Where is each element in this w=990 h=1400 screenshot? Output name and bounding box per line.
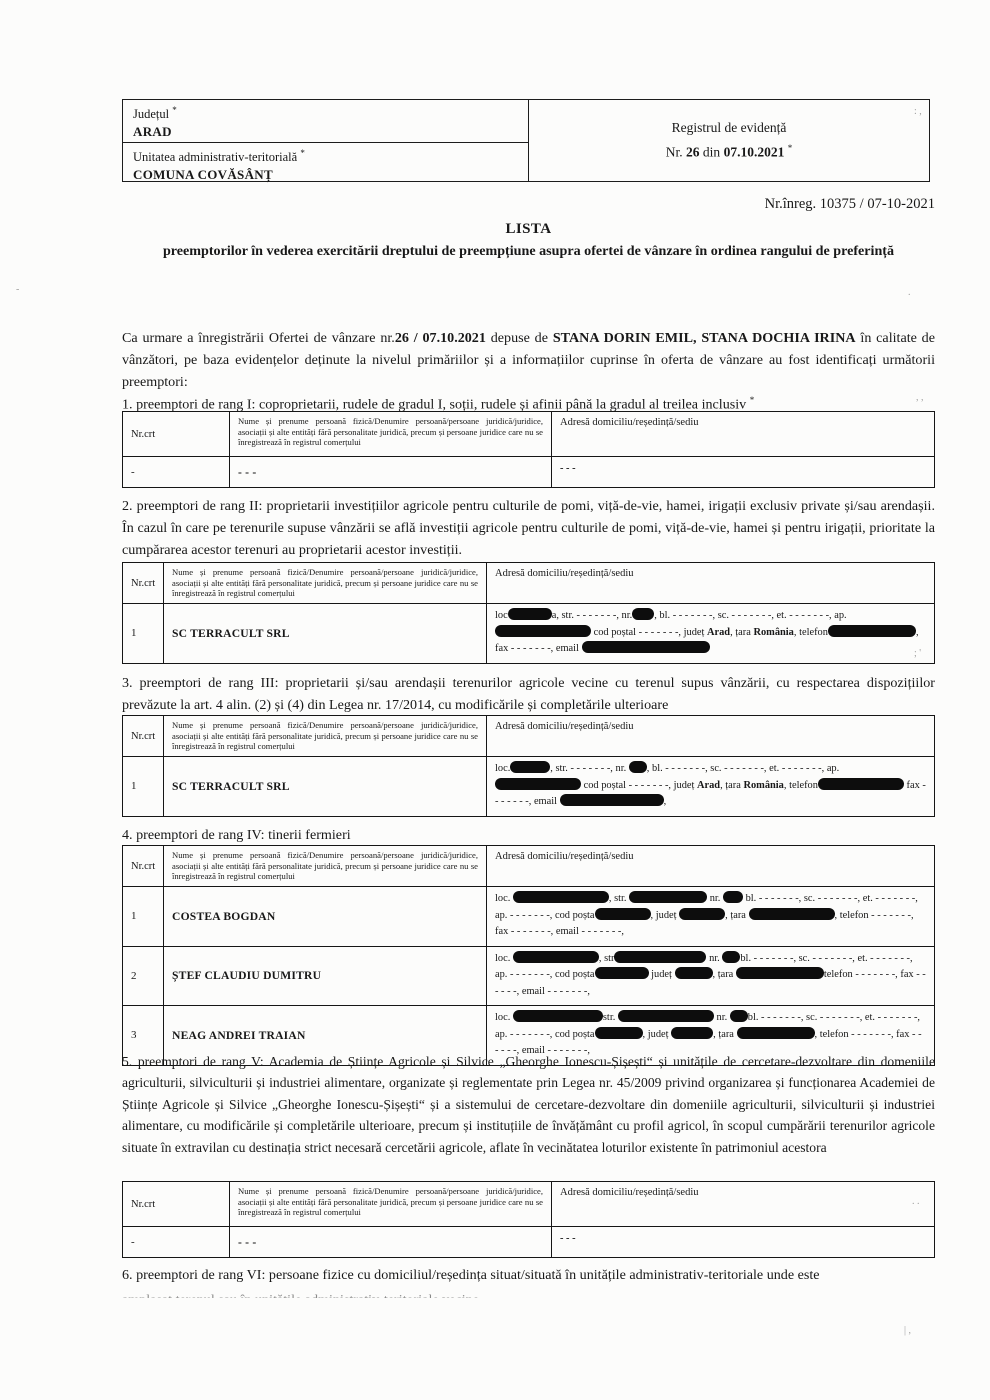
- table-row: 1SC TERRACULT SRLloca, str. - - - - - - …: [123, 603, 934, 663]
- rank-3-table: Nr.crtNume și prenume persoană fizică/De…: [122, 715, 935, 817]
- name-cell: COSTEA BOGDAN: [163, 887, 486, 946]
- header-col-name: Nume și prenume persoană fizică/Denumire…: [163, 716, 486, 756]
- header-col-address: Adresă domiciliu/reședință/sediu: [486, 846, 934, 886]
- table-header-row: Nr.crtNume și prenume persoană fizică/De…: [123, 563, 934, 603]
- header-col-name: Nume și prenume persoană fizică/Denumire…: [163, 846, 486, 886]
- redaction-mark: [749, 908, 835, 920]
- uat-cell: Unitatea administrativ-teritorială * COM…: [123, 143, 528, 185]
- judet-cell: Județul * ARAD: [123, 100, 528, 143]
- name-cell: - - -: [229, 457, 551, 487]
- table-row: 2ȘTEF CLAUDIU DUMITRUloc. , str nr. bl. …: [123, 946, 934, 1006]
- name-cell: ȘTEF CLAUDIU DUMITRU: [163, 947, 486, 1006]
- header-col-name: Nume și prenume persoană fizică/Denumire…: [163, 563, 486, 603]
- redaction-mark: [582, 641, 710, 653]
- registry-cell: Registrul de evidență Nr. 26 din 07.10.2…: [529, 100, 929, 181]
- redaction-mark: [510, 761, 550, 773]
- redaction-mark: [508, 608, 552, 620]
- uat-label-text: Unitatea administrativ-teritorială: [133, 150, 297, 164]
- redaction-mark: [495, 625, 591, 637]
- address-cell: loc., str. - - - - - - -, nr. , bl. - - …: [486, 757, 934, 816]
- header-col-nrcrt: Nr.crt: [123, 716, 163, 756]
- header-col-nrcrt: Nr.crt: [123, 1182, 229, 1226]
- registry-label: Registrul de evidență: [672, 118, 787, 138]
- header-col-nrcrt: Nr.crt: [123, 412, 229, 456]
- scan-artifact: , ,: [916, 392, 924, 403]
- redaction-mark: [595, 967, 649, 979]
- redaction-mark: [818, 778, 904, 790]
- scan-artifact: -: [16, 284, 19, 295]
- section-3-heading: 3. preemptori de rang III: proprietarii …: [122, 672, 935, 716]
- table-header-row: Nr.crtNume și prenume persoană fizică/De…: [123, 412, 934, 456]
- redaction-mark: [495, 778, 581, 790]
- header-left-column: Județul * ARAD Unitatea administrativ-te…: [123, 100, 529, 181]
- doc-subtitle: preemptorilor în vederea exercitării dre…: [122, 243, 935, 260]
- row-number-cell: -: [123, 1227, 229, 1257]
- intro-paragraph: Ca urmare a înregistrării Ofertei de vân…: [122, 327, 935, 393]
- name-cell: - - -: [229, 1227, 551, 1257]
- redaction-mark: [679, 908, 725, 920]
- section-5-heading: 5. preemptori de rang V: Academia de Ști…: [122, 1051, 935, 1158]
- redaction-mark: [629, 891, 707, 903]
- scan-artifact: .: [908, 287, 911, 298]
- judet-label-text: Județul: [133, 107, 169, 121]
- uat-value: COMUNA COVĂSÂNȚ: [133, 166, 518, 183]
- redaction-mark: [618, 1010, 714, 1022]
- header-col-address: Adresă domiciliu/reședință/sediu: [486, 716, 934, 756]
- scan-artifact: : ,: [914, 106, 922, 117]
- address-cell: - - -: [551, 1227, 934, 1257]
- redaction-mark: [737, 1027, 815, 1039]
- address-cell: loc. , str. nr. bl. - - - - - - -, sc. -…: [486, 887, 934, 946]
- redaction-mark: [595, 908, 651, 920]
- header-col-address: Adresă domiciliu/reședință/sediu: [551, 412, 934, 456]
- address-cell: - - -: [551, 457, 934, 487]
- header-col-address: Adresă domiciliu/reședință/sediu: [551, 1182, 934, 1226]
- rank-2-table: Nr.crtNume și prenume persoană fizică/De…: [122, 562, 935, 664]
- redaction-mark: [730, 1010, 748, 1022]
- header-col-name: Nume și prenume persoană fizică/Denumire…: [229, 412, 551, 456]
- table-header-row: Nr.crtNume și prenume persoană fizică/De…: [123, 846, 934, 886]
- address-cell: loc. , str nr. bl. - - - - - - -, sc. - …: [486, 947, 934, 1006]
- redaction-mark: [671, 1027, 713, 1039]
- table-row: 1SC TERRACULT SRLloc., str. - - - - - - …: [123, 756, 934, 816]
- redaction-mark: [513, 951, 599, 963]
- redaction-mark: [723, 891, 743, 903]
- redaction-mark: [828, 625, 916, 637]
- row-number-cell: 2: [123, 947, 163, 1006]
- redaction-mark: [595, 1027, 643, 1039]
- section-6-heading: 6. preemptori de rang VI: persoane fizic…: [122, 1264, 935, 1288]
- header-col-nrcrt: Nr.crt: [123, 846, 163, 886]
- uat-label: Unitatea administrativ-teritorială *: [133, 145, 518, 166]
- table-row: 1COSTEA BOGDANloc. , str. nr. bl. - - - …: [123, 886, 934, 946]
- table-row: -- - -- - -: [123, 1226, 934, 1257]
- redaction-mark: [513, 891, 609, 903]
- name-cell: SC TERRACULT SRL: [163, 757, 486, 816]
- redaction-mark: [736, 967, 824, 979]
- table-header-row: Nr.crtNume și prenume persoană fizică/De…: [123, 716, 934, 756]
- redaction-mark: [614, 951, 706, 963]
- header-col-nrcrt: Nr.crt: [123, 563, 163, 603]
- redaction-mark: [722, 951, 740, 963]
- header-box: Județul * ARAD Unitatea administrativ-te…: [122, 99, 930, 182]
- name-cell: SC TERRACULT SRL: [163, 604, 486, 663]
- redaction-mark: [632, 608, 654, 620]
- registry-number: Nr. 26 din 07.10.2021 *: [666, 138, 792, 163]
- header-col-address: Adresă domiciliu/reședință/sediu: [486, 563, 934, 603]
- redaction-mark: [675, 967, 713, 979]
- scanned-document-page: Județul * ARAD Unitatea administrativ-te…: [0, 0, 990, 1400]
- scan-artifact: ; ': [914, 648, 921, 659]
- table-row: -- - -- - -: [123, 456, 934, 487]
- rank-5-table: Nr.crtNume și prenume persoană fizică/De…: [122, 1181, 935, 1258]
- scan-artifact: . .: [912, 1196, 920, 1207]
- rank-4-table: Nr.crtNume și prenume persoană fizică/De…: [122, 845, 935, 1066]
- section-2-heading: 2. preemptori de rang II: proprietarii i…: [122, 495, 935, 561]
- address-cell: loca, str. - - - - - - -, nr., bl. - - -…: [486, 604, 934, 663]
- asterisk-mark: *: [300, 148, 305, 158]
- clipped-bottom-line: amplasat terenul sau în unitățile admini…: [122, 1289, 935, 1298]
- table-header-row: Nr.crtNume și prenume persoană fizică/De…: [123, 1182, 934, 1226]
- section-4-heading: 4. preemptori de rang IV: tinerii fermie…: [122, 824, 935, 846]
- row-number-cell: 1: [123, 604, 163, 663]
- row-number-cell: 1: [123, 757, 163, 816]
- header-col-name: Nume și prenume persoană fizică/Denumire…: [229, 1182, 551, 1226]
- row-number-cell: 1: [123, 887, 163, 946]
- rank-1-table: Nr.crtNume și prenume persoană fizică/De…: [122, 411, 935, 488]
- redaction-mark: [513, 1010, 603, 1022]
- redaction-mark: [560, 794, 664, 806]
- judet-value: ARAD: [133, 123, 518, 140]
- scan-artifact: | ,: [904, 1325, 911, 1336]
- asterisk-mark: *: [172, 105, 177, 115]
- doc-title: LISTA: [122, 221, 935, 238]
- registration-number: Nr.înreg. 10375 / 07-10-2021: [122, 196, 935, 213]
- row-number-cell: -: [123, 457, 229, 487]
- judet-label: Județul *: [133, 102, 518, 123]
- redaction-mark: [629, 761, 647, 773]
